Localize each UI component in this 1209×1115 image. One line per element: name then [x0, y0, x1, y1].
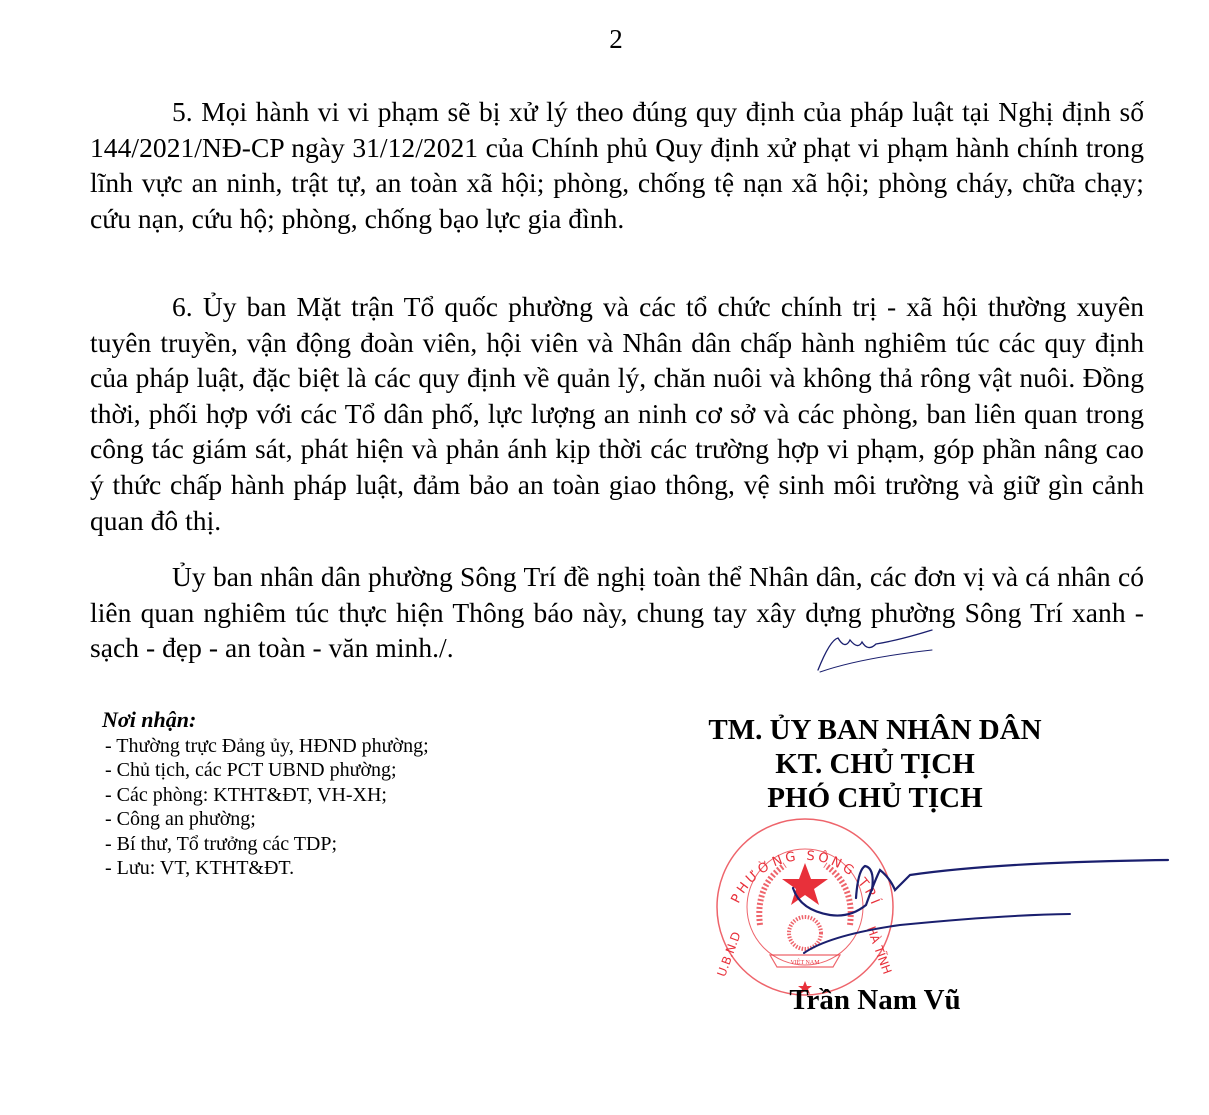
recipients-title: Nơi nhận:	[102, 708, 429, 733]
recipient-item: - Bí thư, Tổ trưởng các TDP;	[102, 832, 429, 857]
signer-block: TM. ỦY BAN NHÂN DÂN KT. CHỦ TỊCH PHÓ CHỦ…	[690, 713, 1060, 815]
recipient-item: - Các phòng: KTHT&ĐT, VH-XH;	[102, 783, 429, 808]
closing-paragraph: Ủy ban nhân dân phường Sông Trí đề nghị …	[90, 559, 1144, 666]
paragraph-6: 6. Ủy ban Mặt trận Tổ quốc phường và các…	[90, 289, 1144, 538]
page-number: 2	[0, 24, 1209, 55]
signer-name: Trần Nam Vũ	[700, 984, 1050, 1017]
svg-text:U.B.N.D: U.B.N.D	[714, 930, 743, 979]
official-seal-icon: PHƯỜNG SÔNG TRÍ VIỆT NAM U.B.N.D HÀ TĨNH	[705, 815, 905, 1000]
paragraph-5: 5. Mọi hành vi vi phạm sẽ bị xử lý theo …	[90, 94, 1144, 236]
signer-line-1: TM. ỦY BAN NHÂN DÂN	[690, 713, 1060, 747]
recipients-block: Nơi nhận: - Thường trực Đảng ủy, HĐND ph…	[102, 708, 429, 881]
signer-line-3: PHÓ CHỦ TỊCH	[690, 781, 1060, 815]
signer-line-2: KT. CHỦ TỊCH	[690, 747, 1060, 781]
recipient-item: - Công an phường;	[102, 807, 429, 832]
recipient-item: - Thường trực Đảng ủy, HĐND phường;	[102, 734, 429, 759]
recipient-item: - Chủ tịch, các PCT UBND phường;	[102, 758, 429, 783]
recipient-item: - Lưu: VT, KTHT&ĐT.	[102, 856, 429, 881]
svg-text:VIỆT NAM: VIỆT NAM	[790, 958, 820, 966]
